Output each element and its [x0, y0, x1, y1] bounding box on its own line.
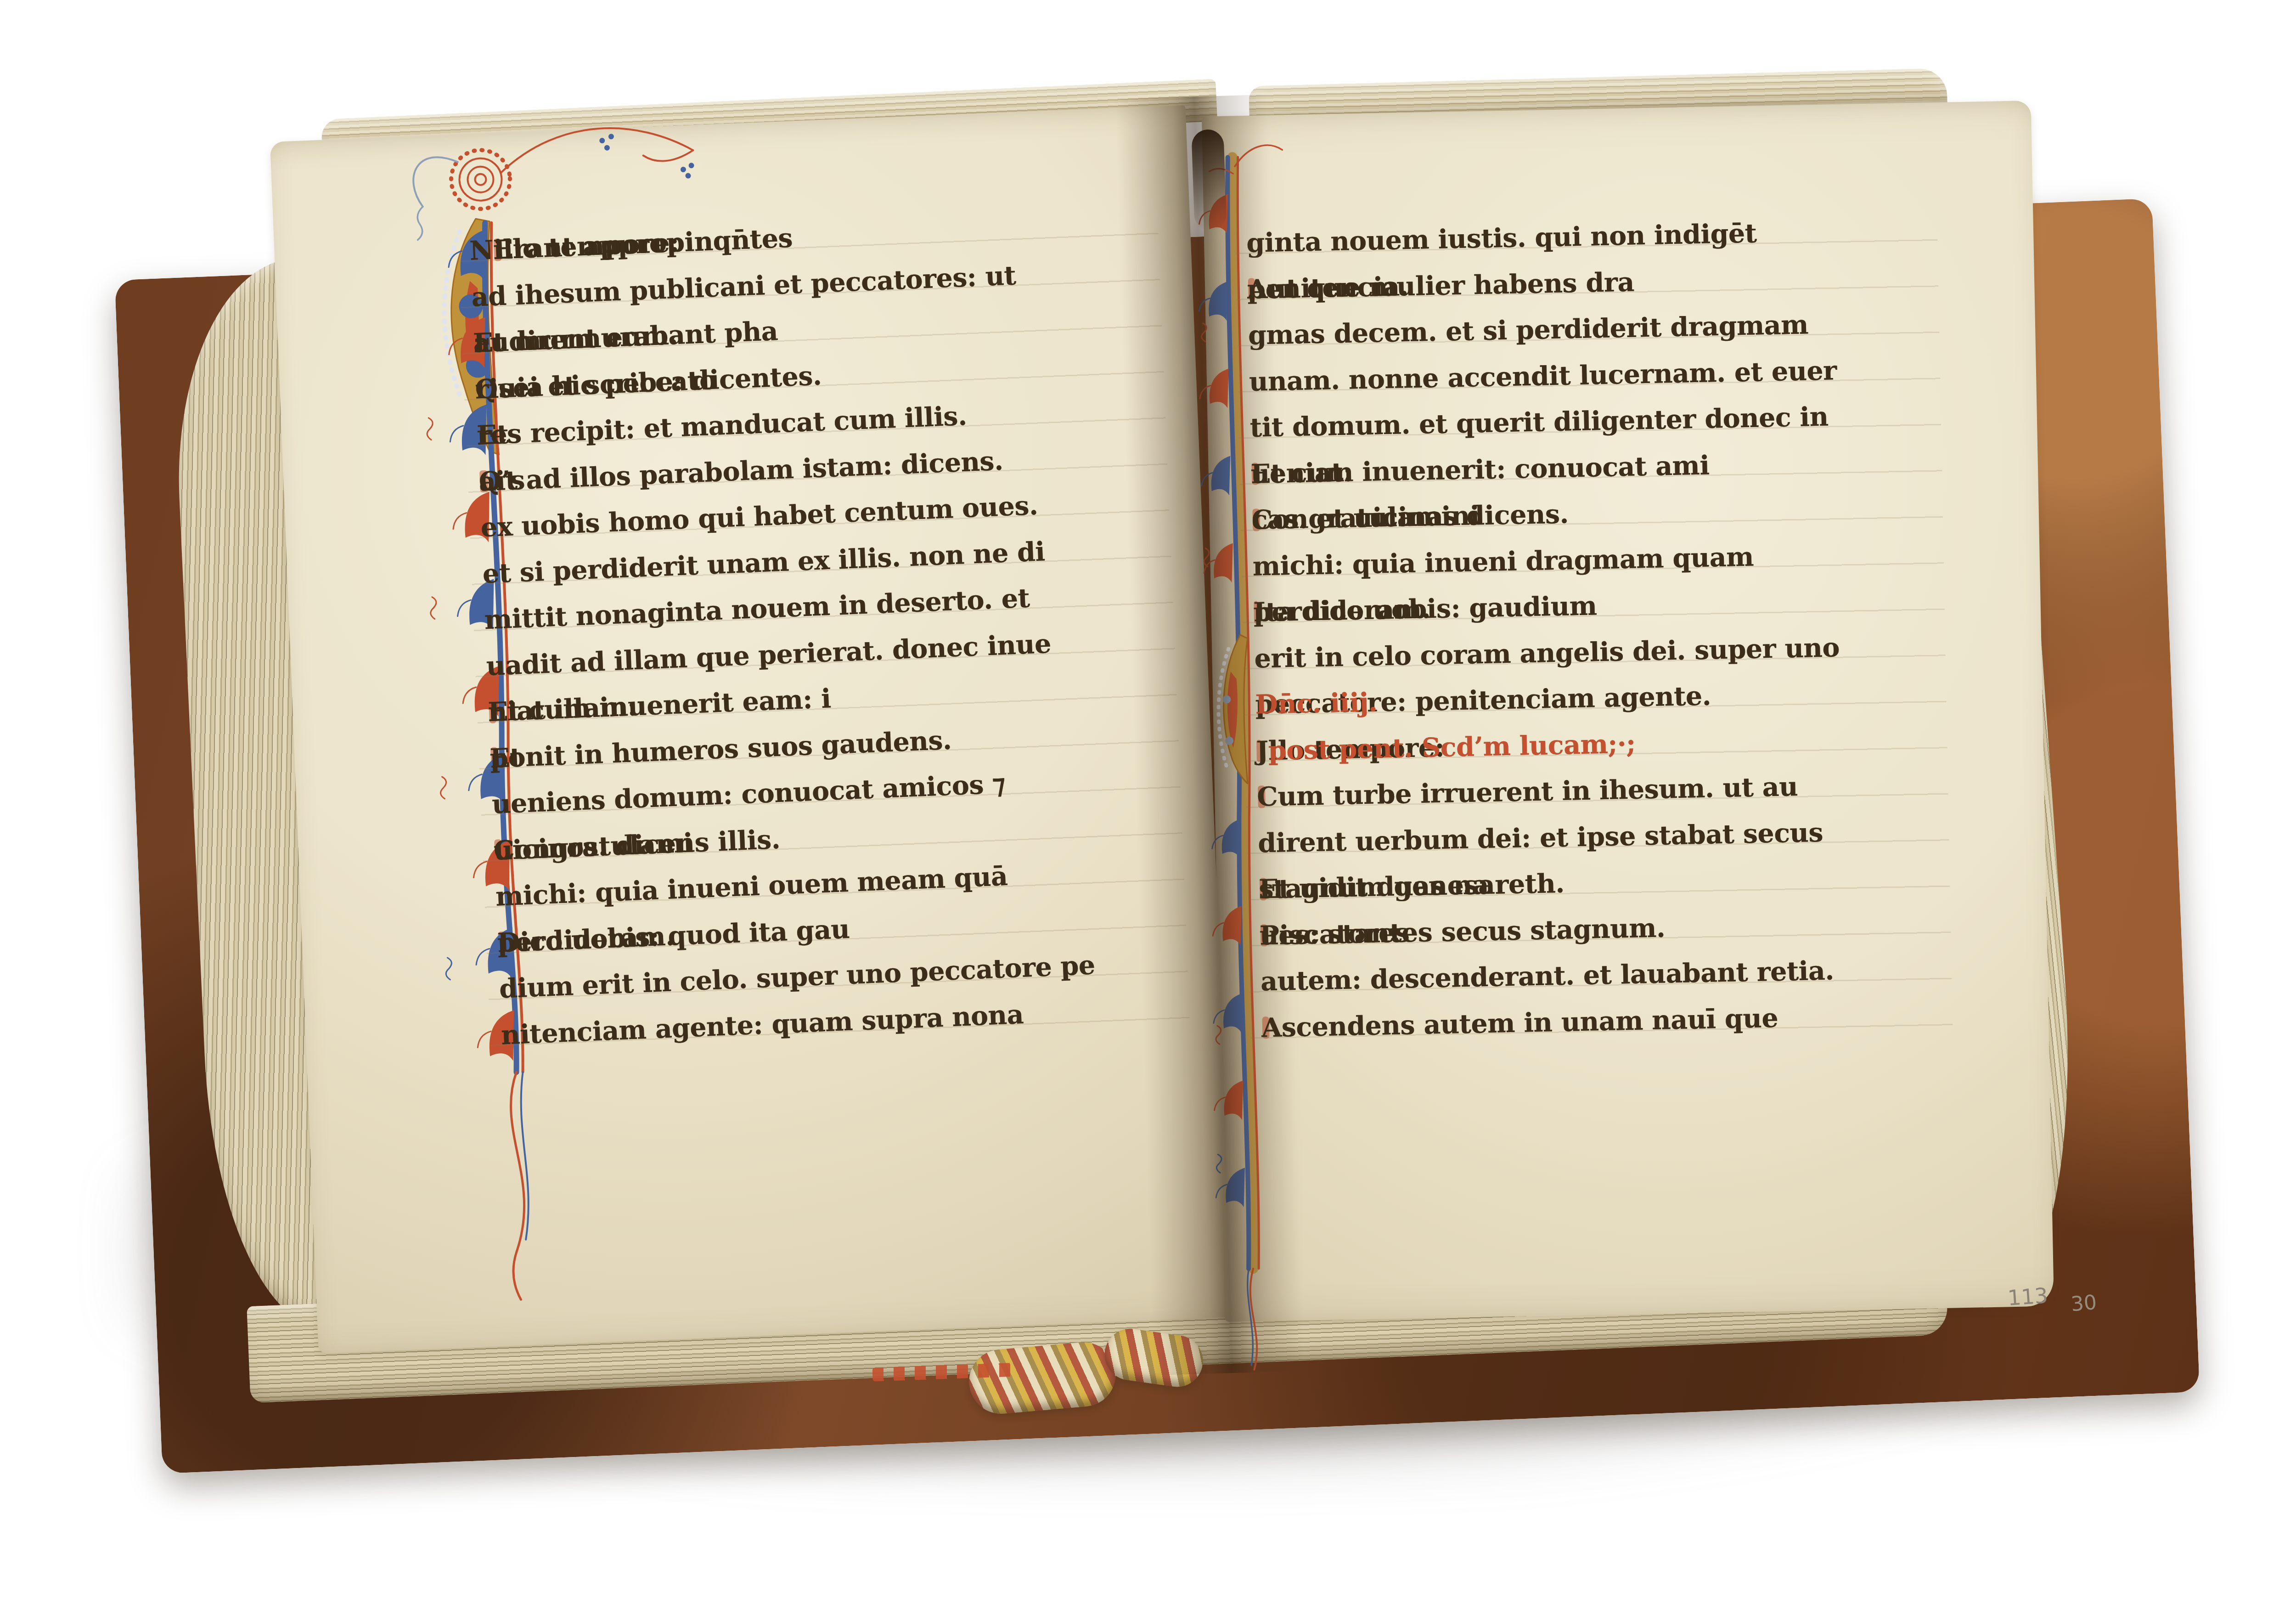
edge-number-pencil: 30: [2070, 1291, 2098, 1316]
left-page-text: N illo tempore: Erant appropinqn̄tesad i…: [469, 201, 1172, 1061]
folio-number-pencil: 113: [2007, 1283, 2048, 1310]
right-page-text: ginta nouem iustis. qui non indigētpenit…: [1246, 208, 1935, 1054]
gutter-gap: [1191, 129, 1227, 231]
right-page: ginta nouem iustis. qui non indigētpenit…: [1202, 101, 2054, 1322]
manuscript-photo: N illo tempore: Erant appropinqn̄tesad i…: [0, 0, 2296, 1615]
left-page: N illo tempore: Erant appropinqn̄tesad i…: [270, 105, 1234, 1354]
